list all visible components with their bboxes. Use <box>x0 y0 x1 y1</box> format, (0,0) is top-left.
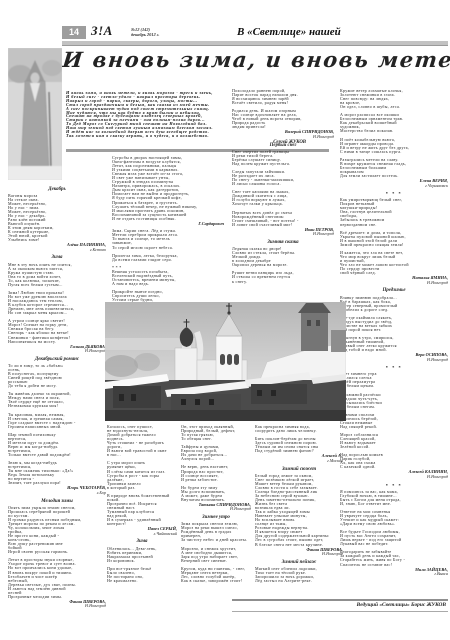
poem: Он, этот приход окаянный, Природный, бел… <box>181 425 251 512</box>
poem-text: Похолодало раннею порой, Парит восток па… <box>232 89 334 129</box>
poem-text: Мягкий снег облепил ладошки, Тихо тает н… <box>255 567 343 583</box>
poem-city: г.Москва <box>255 459 343 464</box>
footer-editor-credit: Ведущий «Светлицы» Борис ЖУКОВ <box>232 601 446 609</box>
poem-city: г.Чайковский <box>107 532 177 537</box>
poem-city: Н.Новгород <box>8 349 106 354</box>
poem-title: Зима <box>8 255 106 261</box>
poem-city: г.Выкса <box>340 572 448 577</box>
issue-info: №12 (142) декабрь 2012 г. <box>131 27 159 37</box>
column-4: Кружит ветер лохматые клочья, Золотеют с… <box>340 89 448 597</box>
column-2: Сугробы в дворах настоящей зимы, Окна-фа… <box>112 156 224 302</box>
poem-city: Н.Новгород <box>255 552 343 557</box>
poem-text: Зима покрыла снегом землю, Мороз на реки… <box>181 522 251 583</box>
poem-city: Н.Новгород <box>232 135 334 140</box>
header-rule <box>62 41 448 46</box>
poem: Первый снег Снег очертил полей границы И… <box>232 143 334 237</box>
poem-city: г.Черняховск <box>340 184 448 189</box>
column-4-lower: Как прекрасна зимняя вода, соорудить дан… <box>255 425 343 615</box>
poem: * * * Я помолюсь за вас, как мама, Глубо… <box>340 483 448 577</box>
poem-separator: * * * <box>340 483 448 489</box>
poem: Декабрь Вагоны мороза На стекле окна. Мо… <box>8 187 106 253</box>
poem-text: Зима. Скрип снега. Лёд и стужа. Метели с… <box>112 229 224 302</box>
poem-title: Зимний сюжет <box>255 467 343 473</box>
poem: Зимний пейзаж Мягкий снег облепил ладошк… <box>255 560 343 583</box>
column-3-lower: Он, этот приход окаянный, Природный, бел… <box>181 425 251 615</box>
poem-city: г.Кстово <box>8 248 106 253</box>
section-title: В «Светлице» нашей <box>237 26 341 39</box>
poem-text: Взянку зимнюю подобрала... Всё в барашка… <box>340 296 448 353</box>
poem-city: Н.Новгород <box>340 475 448 480</box>
poem-text: Кружит ветер лохматые клочья, Золотеют с… <box>340 89 448 178</box>
poem: Сугробы в дворах настоящей зимы, Окна-фа… <box>112 156 224 226</box>
poem-text: Опять зима укрыла землю снегом, Прошлась… <box>8 506 106 599</box>
newspaper-page: 14 З!А №12 (142) декабрь 2012 г. В «Свет… <box>0 0 450 640</box>
page-headline: И вновь зима, и вновь метели . . . <box>61 47 450 73</box>
poem-title: Зима <box>107 539 177 545</box>
poem: Кружит ветер лохматые клочья, Золотеют с… <box>340 89 448 188</box>
footer-rule-bottom <box>232 611 448 612</box>
poem: Зима. Скрип снега. Лёд и стужа. Метели с… <box>112 229 224 302</box>
poem-text: Снег очертил полей границы И реки тихой … <box>232 150 334 227</box>
poem-city: Н.Новгород <box>232 232 334 237</box>
poem: Декабрьский романс То ли в зиму, то ль «… <box>8 357 106 496</box>
poem-text: Он, этот приход окаянный, Природный, бел… <box>181 425 251 502</box>
poem: Предзимье Взянку зимнюю подобрала... Всё… <box>340 288 448 362</box>
poem-city: Н.Новгород <box>8 604 106 609</box>
column-3: Похолодало раннею порой, Парит восток па… <box>232 89 334 301</box>
poem-title: Мелодия зимы <box>8 499 106 505</box>
poem-title: Предзимье <box>340 288 448 294</box>
poem-text: Как прекрасна зимняя вода, соорудить дан… <box>255 425 343 453</box>
poem-city: г.Бор <box>8 491 106 496</box>
poem: Мелодия зимы Опять зима укрыла землю сне… <box>8 499 106 609</box>
poem: Казалось, снег пушист, не вздохнуть-нель… <box>107 425 177 536</box>
poem-text: Ледяная сказка во дворе! Словно из стекл… <box>232 247 334 283</box>
poem: Зима Мне в эту ночь опять не спится, А з… <box>8 255 106 353</box>
column-2-lower: Казалось, снег пушист, не вздохнуть-нель… <box>107 425 177 615</box>
poem-text: Казалось, снег пушист, не вздохнуть-нель… <box>107 425 177 526</box>
frost-figure-image <box>8 48 62 180</box>
poem-text: Сугробы в дворах настоящей зимы, Окна-фа… <box>112 156 224 221</box>
poem: Похолодало раннею порой, Парит восток па… <box>232 89 334 140</box>
poem-city: Н.Новгород <box>181 507 251 512</box>
poem-city: Н.Новгород <box>340 281 448 286</box>
poem: * * * Цвет зимнего утра Разлился слегка … <box>340 365 448 479</box>
poem: Зимний сюжет Белый город лежит за окном,… <box>255 467 343 557</box>
poem-text: То ли в зиму, то ль «бабью» осень, В пол… <box>8 364 106 485</box>
issue-date: декабрь 2012 г. <box>131 32 159 37</box>
newspaper-logo: З!А <box>91 24 113 38</box>
poem-text: Я помолюсь за вас, как мама, Глубокой но… <box>340 490 448 567</box>
poem-text: Мне в эту ночь опять не спится, А за око… <box>8 263 106 344</box>
church-photo <box>105 302 346 421</box>
page-number: 14 <box>62 26 86 39</box>
poem: Зима Обленилась... Дева-лень, Взбить пер… <box>107 539 177 583</box>
poem: Зимняя сказка Ледяная сказка во дворе! С… <box>232 240 334 284</box>
poem-city: Н.Новгород <box>340 358 448 363</box>
poem: Как прекрасна зимняя вода, соорудить дан… <box>255 425 343 464</box>
poem-text: Как умиротворяющ белый снег, Покров нетк… <box>340 198 448 275</box>
poem-text: Белый город лежит за окном, Снег позёмко… <box>255 474 343 547</box>
poem-text: Обленилась... Дева-лень, Взбить перинами… <box>107 547 177 583</box>
poem-text: Цвет зимнего утра Разлился слегка Зарёй … <box>340 372 448 469</box>
poem: * * * Как умиротворяющ белый снег, Покро… <box>340 191 448 285</box>
poem-text: Вагоны мороза На стекле окна. Может, нес… <box>8 194 106 243</box>
poem-author: Г.Сардарович <box>112 222 224 227</box>
poem-title: Первый снег <box>232 143 334 149</box>
poem-title: Декабрь <box>8 187 106 193</box>
column-1: Декабрь Вагоны мороза На стекле окна. Мо… <box>8 184 106 614</box>
poem: Зимнее утро Зима покрыла снегом землю, М… <box>181 515 251 583</box>
